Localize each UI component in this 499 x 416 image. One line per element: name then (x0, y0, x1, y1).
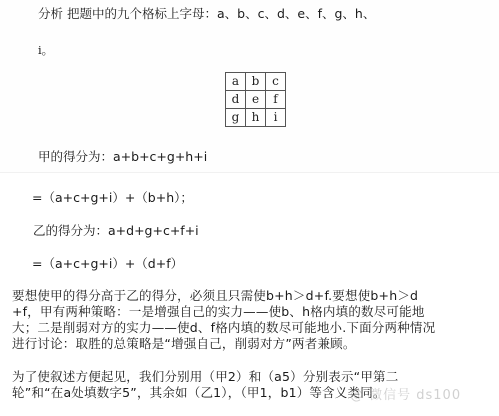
analysis-intro-line2: i。 (38, 42, 53, 58)
strategy-line: +f，甲有两种策略：一是增强自己的实力——使b、h格内填的数尽可能地 (12, 304, 499, 320)
strategy-line: 大；二是削弱对方的实力——使d、f格内填的数尽可能地小.下面分两种情况 (12, 320, 499, 336)
grid-cell: g (226, 109, 246, 127)
grid-cell: a (226, 73, 246, 91)
jia-score-regrouped: =（a+c+g+i）+（b+h）； (32, 190, 193, 206)
grid-cell: e (246, 91, 266, 109)
grid-cell: d (226, 91, 246, 109)
yi-score-formula: 乙的得分为：a+d+g+c+f+i (33, 223, 199, 239)
grid-cell: i (266, 109, 286, 127)
grid-cell: h (246, 109, 266, 127)
letter-grid: a b c d e f g h i (225, 72, 286, 127)
watermark: @ 微信号 ds100 (350, 384, 461, 403)
analysis-intro-line1: 分析 把题中的九个格标上字母：a、b、c、d、e、f、g、h、 (38, 6, 375, 22)
strategy-line: 要想使甲的得分高于乙的得分，必须且只需使b+h＞d+f.要想使b+h＞d (12, 288, 499, 304)
grid-cell: f (266, 91, 286, 109)
jia-score-formula: 甲的得分为：a+b+c+g+h+i (38, 149, 207, 165)
grid-cell: b (246, 73, 266, 91)
strategy-line: 进行讨论：取胜的总策略是“增强自己，削弱对方”两者兼顾。 (12, 336, 499, 352)
notation-line: 为了使叙述方便起见，我们分别用（甲2）和（a5）分别表示“甲第二 (12, 369, 499, 385)
strategy-paragraph: 要想使甲的得分高于乙的得分，必须且只需使b+h＞d+f.要想使b+h＞d +f，… (12, 288, 499, 352)
grid-cell: c (266, 73, 286, 91)
yi-score-regrouped: =（a+c+g+i）+（d+f） (32, 256, 183, 272)
